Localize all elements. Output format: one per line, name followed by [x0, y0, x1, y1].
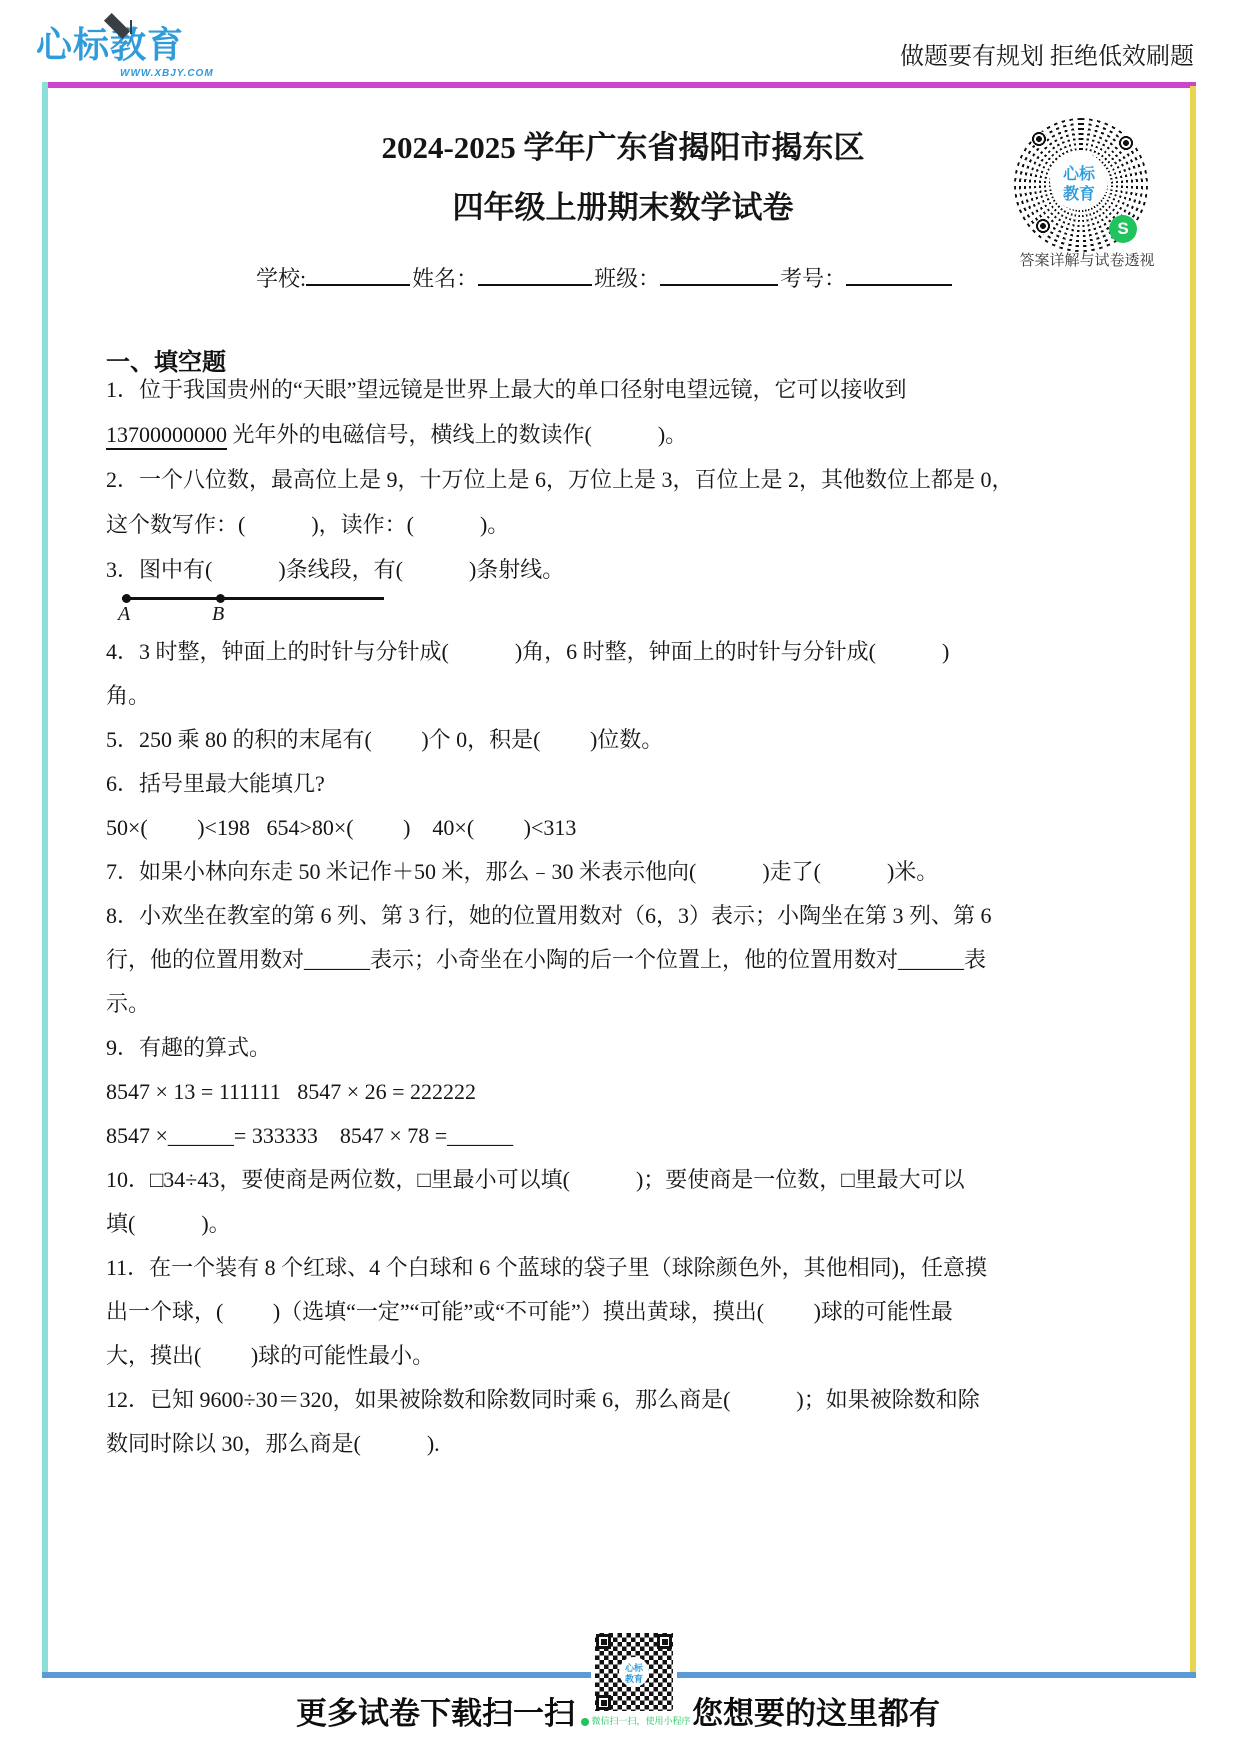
question-line: 7．如果小林向东走 50 米记作＋50 米，那么﹣30 米表示他向( )走了( …	[106, 850, 1166, 894]
question-line: 50×( )<198 654>80×( ) 40×( )<313	[106, 806, 1166, 850]
question-line: 10．□34÷43，要使商是两位数，□里最小可以填( )；要使商是一位数，□里最…	[106, 1158, 1166, 1202]
question-line: 11．在一个装有 8 个红球、4 个白球和 6 个蓝球的袋子里（球除颜色外，其他…	[106, 1246, 1166, 1290]
question-line: 8547 × 13 = 111111 8547 × 26 = 222222	[106, 1070, 1166, 1114]
ray-line	[122, 597, 384, 600]
question-line: 9．有趣的算式。	[106, 1026, 1166, 1070]
ray-figure: A B	[106, 592, 1166, 630]
question-line: 行，他的位置用数对______表示；小奇坐在小陶的后一个位置上，他的位置用数对_…	[106, 938, 1166, 982]
frame-right-border	[1190, 86, 1196, 1676]
frame-left-border	[42, 82, 48, 1678]
qr-eye-icon	[1031, 131, 1047, 147]
point-a-label: A	[118, 603, 130, 626]
frame-top-border	[42, 82, 1196, 88]
class-blank	[660, 264, 778, 286]
qr-eye-icon	[1118, 135, 1134, 151]
question-line: 数同时除以 30，那么商是( ).	[106, 1422, 1166, 1466]
question-line: 出一个球，( )（选填“一定”“可能”或“不可能”）摸出黄球，摸出( )球的可能…	[106, 1290, 1166, 1334]
wechat-icon: S	[1109, 215, 1137, 243]
qr-caption: 答案详解与试卷透视	[998, 249, 1176, 270]
footer-text-left: 更多试卷下载扫一扫	[296, 1688, 575, 1733]
question-line: 8547 ×______= 333333 8547 × 78 =______	[106, 1114, 1166, 1158]
question-line: 4．3 时整，钟面上的时针与分针成( )角，6 时整，钟面上的时针与分针成( )	[106, 630, 1166, 674]
question-line: 8．小欢坐在教室的第 6 列、第 3 行，她的位置用数对（6，3）表示；小陶坐在…	[106, 894, 1166, 938]
name-label: 姓名：	[412, 266, 478, 291]
question-line: 2．一个八位数，最高位上是 9，十万位上是 6，万位上是 3，百位上是 2，其他…	[106, 457, 1166, 502]
class-label: 班级：	[594, 266, 660, 291]
graduation-cap-tassel	[130, 20, 132, 34]
student-info-line: 学校:姓名：班级：考号：	[256, 262, 952, 293]
wechat-scan-caption: 微信扫一扫，使用小程序	[566, 1714, 706, 1727]
wechat-dot-icon	[581, 1718, 589, 1726]
miniprogram-qr-code: 心标 教育 S	[1014, 118, 1148, 252]
exam-no-blank	[846, 264, 952, 286]
point-b-dot	[216, 594, 225, 603]
question-line-text: 光年外的电磁信号，横线上的数读作( )。	[227, 422, 687, 447]
name-blank	[478, 264, 592, 286]
brand-logo-text: 心标教育	[36, 22, 256, 68]
school-blank	[306, 264, 410, 286]
footer-qr-code: 心标 教育	[595, 1633, 673, 1711]
point-b-label: B	[212, 603, 224, 626]
question-list: 1．位于我国贵州的“天眼”望远镜是世界上最大的单口径射电望远镜，它可以接收到 1…	[106, 367, 1166, 1466]
school-label: 学校:	[256, 266, 306, 291]
point-a-dot	[122, 594, 131, 603]
question-line: 大，摸出( )球的可能性最小。	[106, 1334, 1166, 1378]
wechat-scan-caption-text: 微信扫一扫，使用小程序	[591, 1716, 690, 1726]
question-line: 5．250 乘 80 的积的末尾有( )个 0，积是( )位数。	[106, 718, 1166, 762]
question-line: 1．位于我国贵州的“天眼”望远镜是世界上最大的单口径射电望远镜，它可以接收到	[106, 367, 1166, 412]
brand-logo: 心标教育 WWW.XBJY.COM	[36, 22, 256, 80]
question-line: 3．图中有( )条线段，有( )条射线。	[106, 547, 1166, 592]
footer-text-right: 您想要的这里都有	[692, 1688, 940, 1733]
exam-no-label: 考号：	[780, 266, 846, 291]
underlined-number: 13700000000	[106, 422, 227, 450]
brand-logo-url: WWW.XBJY.COM	[120, 68, 214, 79]
header-slogan: 做题要有规划 拒绝低效刷题	[900, 36, 1194, 71]
question-line: 填( )。	[106, 1202, 1166, 1246]
qr-finder-icon	[596, 1695, 611, 1710]
footer-qr-center-logo: 心标 教育	[619, 1657, 649, 1687]
qr-center-logo: 心标 教育	[1050, 152, 1108, 210]
question-line: 13700000000 光年外的电磁信号，横线上的数读作( )。	[106, 412, 1166, 457]
qr-eye-icon	[1035, 218, 1051, 234]
qr-finder-icon	[657, 1634, 672, 1649]
question-line: 这个数写作：( )，读作：( )。	[106, 502, 1166, 547]
question-line: 12．已知 9600÷30＝320，如果被除数和除数同时乘 6，那么商是( )；…	[106, 1378, 1166, 1422]
question-line: 角。	[106, 674, 1166, 718]
qr-finder-icon	[596, 1634, 611, 1649]
question-line: 示。	[106, 982, 1166, 1026]
question-line: 6．括号里最大能填几?	[106, 762, 1166, 806]
